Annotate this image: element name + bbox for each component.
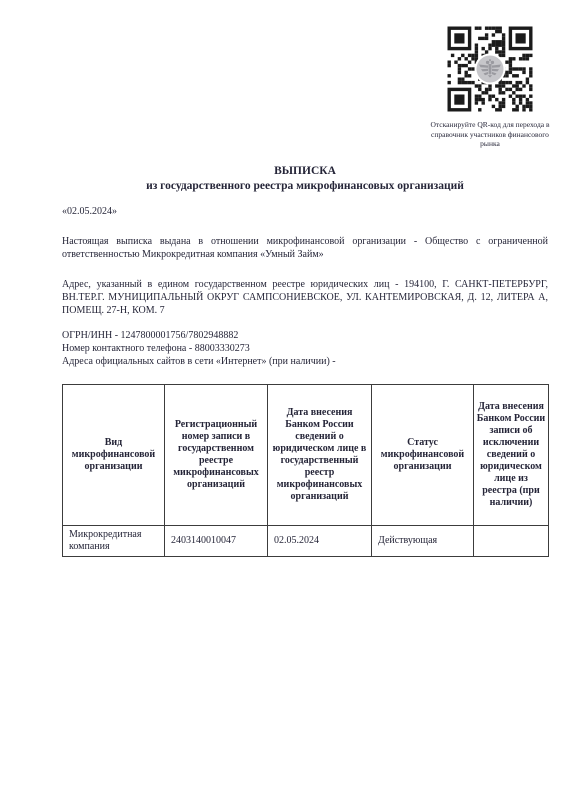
qr-code	[445, 24, 535, 114]
contacts-block: ОГРН/ИНН - 1247800001756/7802948882 Номе…	[62, 329, 548, 368]
ogrn-inn-line: ОГРН/ИНН - 1247800001756/7802948882	[62, 329, 548, 342]
document-date: «02.05.2024»	[62, 206, 117, 217]
header-status: Статус микрофинансовой организации	[372, 385, 474, 526]
document-title: ВЫПИСКА из государственного реестра микр…	[62, 164, 548, 194]
document-page: Отсканируйте QR-код для перехода в справ…	[0, 0, 565, 800]
header-exclusion-date: Дата внесения Банком России записи об ис…	[474, 385, 549, 526]
registry-table: Вид микрофинансовой организации Регистра…	[62, 384, 549, 557]
header-reg-number: Регистрационный номер записи в государст…	[165, 385, 268, 526]
table-row: Микрокредитная компания 2403140010047 02…	[63, 526, 549, 557]
qr-caption: Отсканируйте QR-код для перехода в справ…	[429, 120, 551, 149]
sites-line: Адреса официальных сайтов в сети «Интерн…	[62, 355, 548, 368]
cell-entry-date: 02.05.2024	[268, 526, 372, 557]
cell-reg-number: 2403140010047	[165, 526, 268, 557]
paragraph-address: Адрес, указанный в едином государственно…	[62, 278, 548, 317]
phone-line: Номер контактного телефона - 88003330273	[62, 342, 548, 355]
paragraph-issued: Настоящая выписка выдана в отношении мик…	[62, 235, 548, 261]
cell-status: Действующая	[372, 526, 474, 557]
table-header-row: Вид микрофинансовой организации Регистра…	[63, 385, 549, 526]
qr-block: Отсканируйте QR-код для перехода в справ…	[429, 24, 551, 149]
cell-exclusion-date	[474, 526, 549, 557]
header-org-type: Вид микрофинансовой организации	[63, 385, 165, 526]
cell-org-type: Микрокредитная компания	[63, 526, 165, 557]
header-entry-date: Дата внесения Банком России сведений о ю…	[268, 385, 372, 526]
title-line-1: ВЫПИСКА	[62, 164, 548, 179]
title-line-2: из государственного реестра микрофинансо…	[62, 179, 548, 194]
